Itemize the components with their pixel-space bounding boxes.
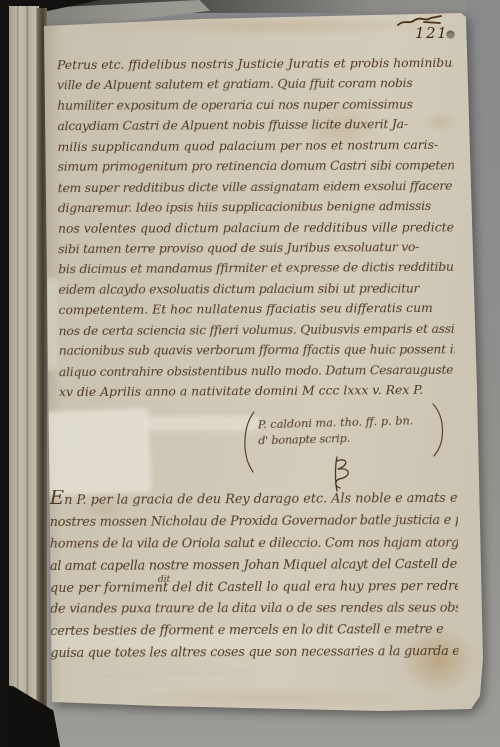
manuscript-line: milis supplicandum quod palacium per nos… [57,135,453,158]
repair-strip [43,278,58,370]
manuscript-page: 121 Petrus etc. ffidelibus nostris Justi… [40,10,488,720]
manuscript-line: En P. per la gracia de deu Rey darago et… [50,488,458,512]
show-through-ghost-text: ~~ ~~~ ~ ~~~~ ~~ ~~~ [99,662,310,703]
manuscript-line: competentem. Et hoc nullatenus ffaciatis… [58,298,454,321]
latin-letter-block: Petrus etc. ffidelibus nostris Justicie … [57,53,455,403]
manuscript-line: bis dicimus et mandamus ffirmiter et exp… [58,257,454,280]
manuscript-photo: 121 Petrus etc. ffidelibus nostris Justi… [0,0,500,747]
manuscript-line: que per forniment del dit Castell lo qua… [50,575,458,599]
catalan-letter-block: En P. per la gracia de deu Rey darago et… [50,488,459,665]
manuscript-line: ville de Alpuent salutem et gratiam. Qui… [57,73,453,96]
annotation-left-paren [240,410,256,474]
manuscript-line: nacionibus sub quavis verborum fforma ff… [59,339,455,361]
chancery-note: P. caldoni ma. tho. ff. p. bn. d' bonapt… [258,413,441,450]
manuscript-line: sibi tamen terre proviso quod de suis Ju… [58,237,454,260]
manuscript-line: certes besties de fforment e mercels en … [50,619,458,643]
manuscript-line: xv die Aprilis anno a nativitate domini … [59,380,455,403]
manuscript-line: de viandes puxa traure de la dita vila o… [50,598,458,621]
manuscript-line: al amat capella nostre mossen Johan Miqu… [50,554,458,578]
chancery-note-line: d' bonapte scrip. [258,429,440,450]
manuscript-line: humiliter expositum de operaria cui nos … [57,94,453,116]
manuscript-line: aliquo contrahire obsistentibus nullo mo… [59,359,455,382]
manuscript-line: nos volentes quod dictum palacium de red… [58,217,454,239]
underlying-page-edges [9,6,39,712]
manuscript-line: alcaydiam Castri de Alpuent nobis ffuiss… [57,114,453,137]
repair-patch [45,408,152,496]
manuscript-line: simum primogenitum pro retinencia domum … [58,155,454,177]
manuscript-line: eidem alcaydo exsoluatis dictum palacium… [58,278,454,300]
manuscript-line: nostres mossen Nicholau de Proxida Gover… [50,510,458,534]
manuscript-line: nos de certa sciencia sic ffieri volumus… [59,318,455,341]
folio-number: 121 [415,24,448,42]
page-shadow-wrapper: 121 Petrus etc. ffidelibus nostris Justi… [40,10,488,720]
manuscript-line: guisa que totes les altres coses que son… [50,641,458,665]
manuscript-line: homens de la vila de Oriola salut e dile… [50,532,458,555]
book-spine-edge [0,0,9,747]
manuscript-line: tem super redditibus dicte ville assigna… [58,175,454,198]
manuscript-line: Petrus etc. ffidelibus nostris Justicie … [57,53,453,76]
manuscript-line: dignaremur. Ideo ipsis hiis supplicacion… [58,196,454,219]
interlinear-insertion: dit [158,575,171,585]
